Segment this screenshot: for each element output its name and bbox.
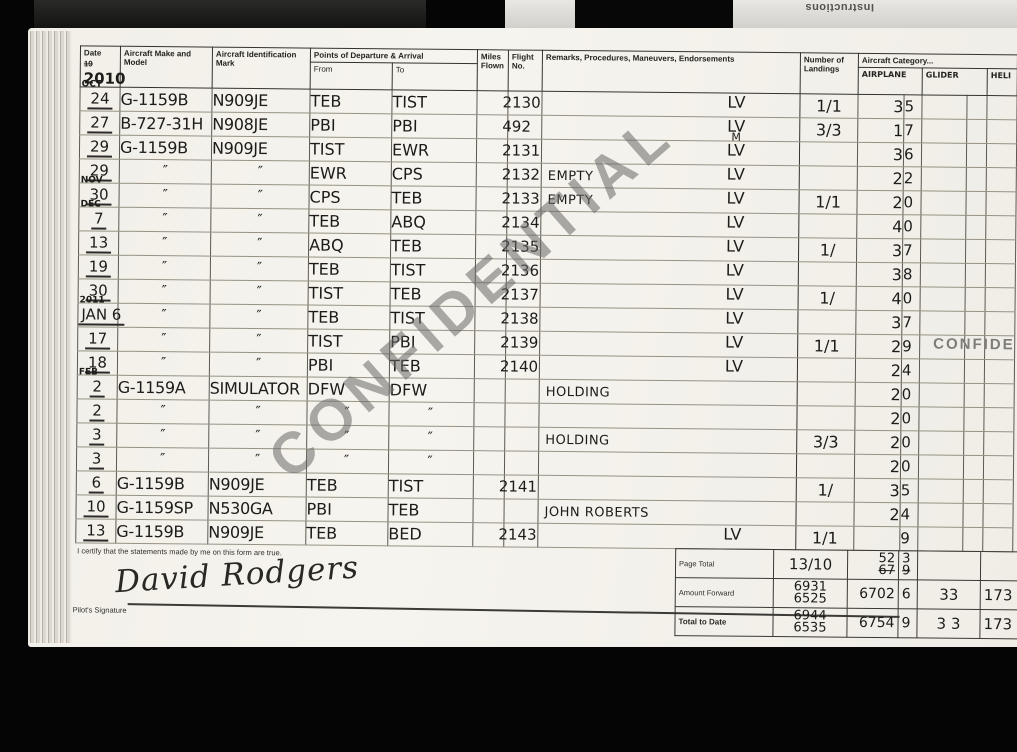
aircraft-make-cell: ″ [117,423,209,448]
glider-hours-cell [922,95,967,119]
remarks-cell: LV [541,211,799,237]
airplane-hours-cell: 2 [857,190,903,214]
remarks-cell [538,451,796,477]
airplane-hours-cell: 2 [856,334,902,358]
heli-hours-cell [983,480,1013,504]
aircraft-ident-cell: N908JE [212,112,310,137]
pilot-initials: LV [723,527,741,542]
glider-tenths-cell [966,191,986,215]
airplane-hours-cell: 3 [856,238,902,262]
pilot-initials: LV [727,143,745,158]
aircraft-category-header: Aircraft Category... [858,53,1017,69]
aircraft-ident-cell: ″ [210,280,308,305]
glider-tenths-cell [965,263,985,287]
flight-no-cell: 2130 [508,91,542,115]
pilot-signature: David Rodgers [114,550,360,601]
remarks-cell [539,403,797,429]
aircraft-ident-cell: SIMULATOR [209,376,307,401]
glider-tenths-cell [967,95,987,119]
aircraft-ident-cell: N909JE [208,520,306,545]
pilot-signature-label: Pilot's Signature [73,605,127,615]
landings-cell: 1/1 [799,190,857,215]
arrival-cell: TEB [390,234,475,259]
arrival-cell: TEB [389,354,474,379]
pilot-initials: LV [726,239,744,254]
flight-no-value: 2137 [501,284,539,305]
glider-hours-cell [920,287,965,311]
aircraft-ident-cell: ″ [211,232,309,257]
date-month-label: OCT [82,80,102,89]
airplane-tenths-cell: 8 [902,263,920,287]
heli-hours-cell [985,312,1015,336]
miles-flown-cell [473,499,504,523]
glider-tenths-cell [966,167,986,191]
flight-no-cell: 2140 [505,355,539,379]
heli-hours-cell [983,528,1013,552]
aircraft-make-cell: G-1159SP [116,495,208,520]
airplane-tenths-cell: 9 [902,335,920,359]
aircraft-make-cell: ″ [117,351,209,376]
logbook-form: Date 19 2010 Aircraft Make and Model Air… [22,27,1017,655]
from-header: From [310,62,392,90]
pilot-initials: LV [726,263,744,278]
flight-no-value: 2134 [501,212,539,233]
total-to-date-airplane-hours: 6754 [847,608,898,637]
flight-no-cell [505,427,539,451]
glider-tenths-cell [966,215,986,239]
glider-hours-cell [918,527,963,551]
miles-flown-cell [473,451,504,475]
airplane-tenths-cell: 0 [903,191,921,215]
departure-cell: TEB [309,209,391,234]
arrival-cell: PBI [390,330,475,355]
remarks-cell: LV [540,259,798,285]
arrival-cell: TEB [388,498,473,523]
logbook-page: Date 19 2010 Aircraft Make and Model Air… [28,28,1017,647]
glider-subheader: GLIDER [922,68,987,96]
flight-no-cell [505,403,539,427]
departure-cell: CPS [309,185,391,210]
airplane-tenths-cell: 7 [904,119,922,143]
arrival-cell: BED [388,522,473,547]
arrival-cell: TEB [390,282,475,307]
flight-no-value: 2132 [502,164,540,185]
arrival-cell: TIST [388,474,473,499]
landings-cell: 1/1 [800,94,858,119]
airplane-hours-cell: 3 [858,94,904,118]
date-cell: 6 [76,471,116,495]
total-to-date-label: Total to Date [675,607,773,637]
aircraft-make-cell: ″ [118,279,210,304]
glider-tenths-cell [963,455,983,479]
aircraft-make-cell: ″ [118,327,210,352]
date-month-label: DEC [80,200,100,209]
flight-no-cell: 2136 [506,259,540,283]
amount-forward-label: Amount Forward [675,578,773,608]
aircraft-ident-cell: ″ [210,256,308,281]
aircraft-ident-cell: ″ [208,448,306,473]
arrival-cell: PBI [392,114,477,139]
total-to-date-airplane-tenths: 9 [898,609,917,638]
pilot-initials: LV [727,95,745,110]
flight-no-cell: 2133 [507,187,541,211]
landings-cell: 1/ [798,238,856,263]
departure-cell: TEB [306,473,388,498]
miles-flown-cell [474,427,505,451]
total-to-date-glider: 3 3 [917,609,980,639]
glider-hours-cell [921,167,966,191]
glider-hours-cell [920,311,965,335]
page-total-airplane-hours: 5267 [847,550,898,579]
date-cell: 17 [78,327,118,351]
date-value: 3 [89,426,105,445]
amount-forward-row: Amount Forward 69316525 6702 6 33 173 [675,578,1017,610]
heli-hours-cell [986,192,1016,216]
pilot-initials: LVM [727,119,745,142]
remarks-cell: LV [540,307,798,333]
airplane-hours-cell [854,526,900,550]
glider-hours-cell [919,407,964,431]
date-value: 3 [89,450,105,469]
flight-no-cell: 2139 [506,331,540,355]
airplane-hours-cell: 3 [854,478,900,502]
date-value: JAN 6 [78,306,124,325]
aircraft-ident-cell: ″ [211,160,309,185]
amount-forward-landings: 69316525 [773,579,847,609]
flight-no-value: 2135 [501,236,539,257]
flight-no-cell [505,379,539,403]
pilot-initials: LV [725,287,743,302]
arrival-cell: EWR [391,138,476,163]
heli-hours-cell [985,240,1015,264]
remark-text: HOLDING [545,430,610,452]
airplane-tenths-cell: 7 [902,239,920,263]
departure-cell: TEB [306,521,388,546]
aircraft-make-cell: ″ [118,255,210,280]
airplane-tenths-cell: 5 [904,95,922,119]
glider-hours-cell [918,455,963,479]
date-value: 13 [86,234,111,253]
remarks-cell: LV [542,91,800,117]
date-cell: 2011JAN 6 [78,303,118,327]
book-top-edge [34,0,426,30]
heli-hours-cell [986,144,1016,168]
remarks-cell: LV [541,235,799,261]
departure-cell: ABQ [309,233,391,258]
landings-cell [797,382,855,407]
pilot-initials: LV [726,191,744,206]
flight-no-value: 2139 [500,332,538,353]
page-total-airplane-struck: 67 [878,565,895,577]
flight-no-cell: 2134 [507,211,541,235]
airplane-tenths-cell: 2 [903,167,921,191]
landings-cell [797,358,855,383]
flight-no-header: Flight No. [508,50,542,91]
arrival-cell: TIST [390,258,475,283]
departure-cell: TIST [308,329,390,354]
airplane-hours-cell: 3 [857,142,903,166]
date-year-prefix: 19 [84,59,93,68]
arrival-cell: ″ [388,450,473,475]
flight-no-value: 2131 [502,140,540,161]
amount-forward-glider: 33 [917,580,980,610]
landings-header: Number of Landings [800,53,858,95]
miles-flown-cell [474,379,505,403]
heli-hours-cell [984,360,1014,384]
airplane-hours-cell: 2 [855,430,901,454]
airplane-hours-cell: 3 [856,310,902,334]
total-to-date-heli: 173 [980,610,1017,640]
date-value: 10 [83,498,108,517]
date-cell: FEB2 [77,375,117,399]
page-total-airplane-tenths: 39 [898,551,917,580]
airplane-tenths-cell: 0 [901,431,919,455]
date-month-label: 2011 [80,296,105,305]
heli-hours-cell [985,288,1015,312]
aircraft-make-cell: ″ [119,231,211,256]
glider-tenths-cell [965,239,985,263]
airplane-tenths-cell: 0 [902,287,920,311]
totals-table: Page Total 13/10 5267 39 Amount Forward … [674,548,1017,639]
airplane-hours-cell: 2 [855,406,901,430]
miles-flown-cell [474,403,505,427]
to-header: To [392,63,477,91]
remarks-cell: LV [540,331,798,357]
glider-hours-cell [919,431,964,455]
departure-cell: ″ [306,449,388,474]
date-month-label: NOV [81,176,103,185]
date-cell: DEC7 [79,207,119,231]
aircraft-make-cell: ″ [119,207,211,232]
remarks-cell: LV [540,283,798,309]
airplane-tenths-cell: 9 [900,527,918,551]
flight-no-cell: 2138 [506,307,540,331]
instructions-upside-down-label: Instructions [805,1,874,13]
flight-no-cell: 492 [508,115,542,139]
flight-no-value: 2141 [499,476,537,497]
date-value: 27 [87,114,112,133]
page-total-heli [980,552,1017,582]
landings-cell [798,310,856,335]
remark-text: HOLDING [546,382,611,404]
remarks-cell: LVM [542,115,800,141]
flight-no-cell [504,499,538,523]
landings-cell: 1/ [798,286,856,311]
glider-tenths-cell [964,407,984,431]
aircraft-ident-header: Aircraft Identification Mark [212,47,310,89]
remarks-cell: JOHN ROBERTS [538,499,796,525]
aircraft-make-cell: ″ [119,183,211,208]
arrival-cell: ABQ [391,210,476,235]
aircraft-ident-cell: ″ [211,184,309,209]
flight-no-value: 2136 [501,260,539,281]
total-to-date-landings: 69446535 [773,608,847,638]
date-value: 2 [89,378,105,397]
arrival-cell: CPS [391,162,476,187]
airplane-tenths-cell: 5 [900,479,918,503]
glider-tenths-cell [963,527,983,551]
total-to-date-landings-bottom: 6535 [793,622,826,634]
airplane-tenths-cell: 7 [902,311,920,335]
glider-hours-cell [920,263,965,287]
page-total-label: Page Total [675,549,773,579]
landings-cell [796,454,854,479]
date-cell: 13 [79,231,119,255]
heli-hours-cell [984,384,1014,408]
aircraft-make-cell: ″ [118,303,210,328]
landings-cell [797,406,855,431]
glider-hours-cell [918,479,963,503]
glider-tenths-cell [964,359,984,383]
page-total-tenths-struck: 9 [902,565,910,577]
aircraft-make-cell: ″ [117,399,209,424]
remarks-cell: EMPTYLV [541,163,799,189]
date-cell: OCT24 [80,87,120,111]
heli-hours-cell [986,168,1016,192]
date-value: 6 [88,474,104,493]
airplane-hours-cell: 2 [854,454,900,478]
arrival-cell: ″ [389,402,474,427]
glider-tenths-cell [967,119,987,143]
date-cell: 19 [78,255,118,279]
flight-no-cell: 2135 [507,235,541,259]
date-value: 13 [83,522,108,541]
airplane-hours-cell: 1 [858,118,904,142]
amount-forward-airplane-tenths: 6 [898,580,917,609]
airplane-tenths-cell: 0 [901,383,919,407]
landings-cell [799,214,857,239]
glider-tenths-cell [965,311,985,335]
page-total-glider [917,551,980,581]
aircraft-ident-cell: ″ [209,424,307,449]
aircraft-make-cell: G-1159B [120,87,212,112]
glider-tenths-cell [963,479,983,503]
flight-log-table: Date 19 2010 Aircraft Make and Model Air… [75,45,1017,552]
pilot-initials: LV [726,215,744,230]
landings-cell: 1/ [796,478,854,503]
glider-tenths-cell [965,287,985,311]
landings-cell: 3/3 [800,118,858,143]
arrival-cell: DFW [389,378,474,403]
airplane-tenths-cell: 4 [901,359,919,383]
departure-cell: TEB [308,257,390,282]
glider-hours-cell [918,503,963,527]
flight-no-value: 2143 [498,524,536,545]
airplane-tenths-cell: 6 [903,143,921,167]
miles-flown-header: Miles Flown [477,50,508,91]
date-value: 2 [89,402,105,421]
flight-no-cell: 2131 [507,139,541,163]
flight-no-cell: 2141 [504,475,538,499]
date-value: 19 [86,258,111,277]
airplane-hours-cell: 4 [856,286,902,310]
aircraft-ident-cell: N530GA [208,496,306,521]
flight-no-cell: 2137 [506,283,540,307]
departure-cell: ″ [307,401,389,426]
remarks-cell: HOLDING [539,379,797,405]
arrival-cell: TIST [392,90,477,115]
heli-hours-cell [983,456,1013,480]
flight-no-cell: 2132 [507,163,541,187]
heli-hours-cell [987,96,1017,120]
total-to-date-row: Total to Date 69446535 6754 9 3 3 173 [675,607,1017,639]
departure-cell: DFW [307,377,389,402]
glider-hours-cell [919,359,964,383]
remarks-header: Remarks, Procedures, Maneuvers, Endorsem… [542,50,800,93]
heli-hours-cell [984,408,1014,432]
heli-hours-cell [984,432,1014,456]
remarks-cell: HOLDING [539,427,797,453]
pilot-initials: LV [725,311,743,326]
glider-hours-cell [920,239,965,263]
glider-tenths-cell [964,431,984,455]
glider-hours-cell [919,383,964,407]
date-value: 7 [91,210,107,229]
aircraft-ident-cell: ″ [209,352,307,377]
remark-text: EMPTY [547,190,593,211]
date-cell: 10 [76,495,116,519]
date-label: Date [84,48,101,57]
heli-hours-cell [985,264,1015,288]
aircraft-make-cell: G-1159A [117,375,209,400]
flight-no-cell: 2143 [504,523,538,547]
header-row-1: Date 19 2010 Aircraft Make and Model Air… [80,46,1017,69]
remarks-cell: LV [541,139,799,165]
landings-cell [798,262,856,287]
departure-cell: TIST [308,281,390,306]
remark-text: EMPTY [548,166,594,187]
airplane-hours-cell: 3 [856,262,902,286]
heli-hours-cell [983,504,1013,528]
pilot-initials: LV [727,167,745,182]
airplane-tenths-cell: 0 [900,455,918,479]
aircraft-make-header: Aircraft Make and Model [120,46,212,88]
airplane-tenths-cell: 0 [903,215,921,239]
heli-subheader: HELI [987,69,1017,96]
aircraft-ident-cell: N909JE [208,472,306,497]
page-total-landings: 13/10 [773,550,847,580]
aircraft-make-cell: ″ [116,447,208,472]
departure-cell: TEB [308,305,390,330]
heli-hours-cell [986,216,1016,240]
date-month-label: FEB [79,368,98,377]
glider-tenths-cell [966,143,986,167]
aircraft-ident-cell: ″ [211,208,309,233]
aircraft-make-cell: G-1159B [119,135,211,160]
glider-hours-cell [921,191,966,215]
airplane-hours-cell: 2 [855,382,901,406]
departure-cell: TIST [309,137,391,162]
date-cell: 29 [79,135,119,159]
airplane-hours-cell: 2 [854,502,900,526]
flight-no-value: 2130 [502,92,540,113]
date-value: 17 [85,330,110,349]
date-cell: 27 [80,111,120,135]
date-value: 29 [87,138,112,157]
glider-hours-cell [922,119,967,143]
airplane-hours-cell: 2 [857,166,903,190]
landings-cell [799,166,857,191]
glider-tenths-cell [964,383,984,407]
aircraft-make-cell: G-1159B [116,519,208,544]
flight-no-cell [504,451,538,475]
landings-cell: 1/1 [798,334,856,359]
departure-cell: ″ [307,425,389,450]
departure-cell: EWR [309,161,391,186]
aircraft-ident-cell: ″ [210,304,308,329]
amount-forward-landings-bottom: 6525 [794,593,827,605]
glider-hours-cell [921,143,966,167]
